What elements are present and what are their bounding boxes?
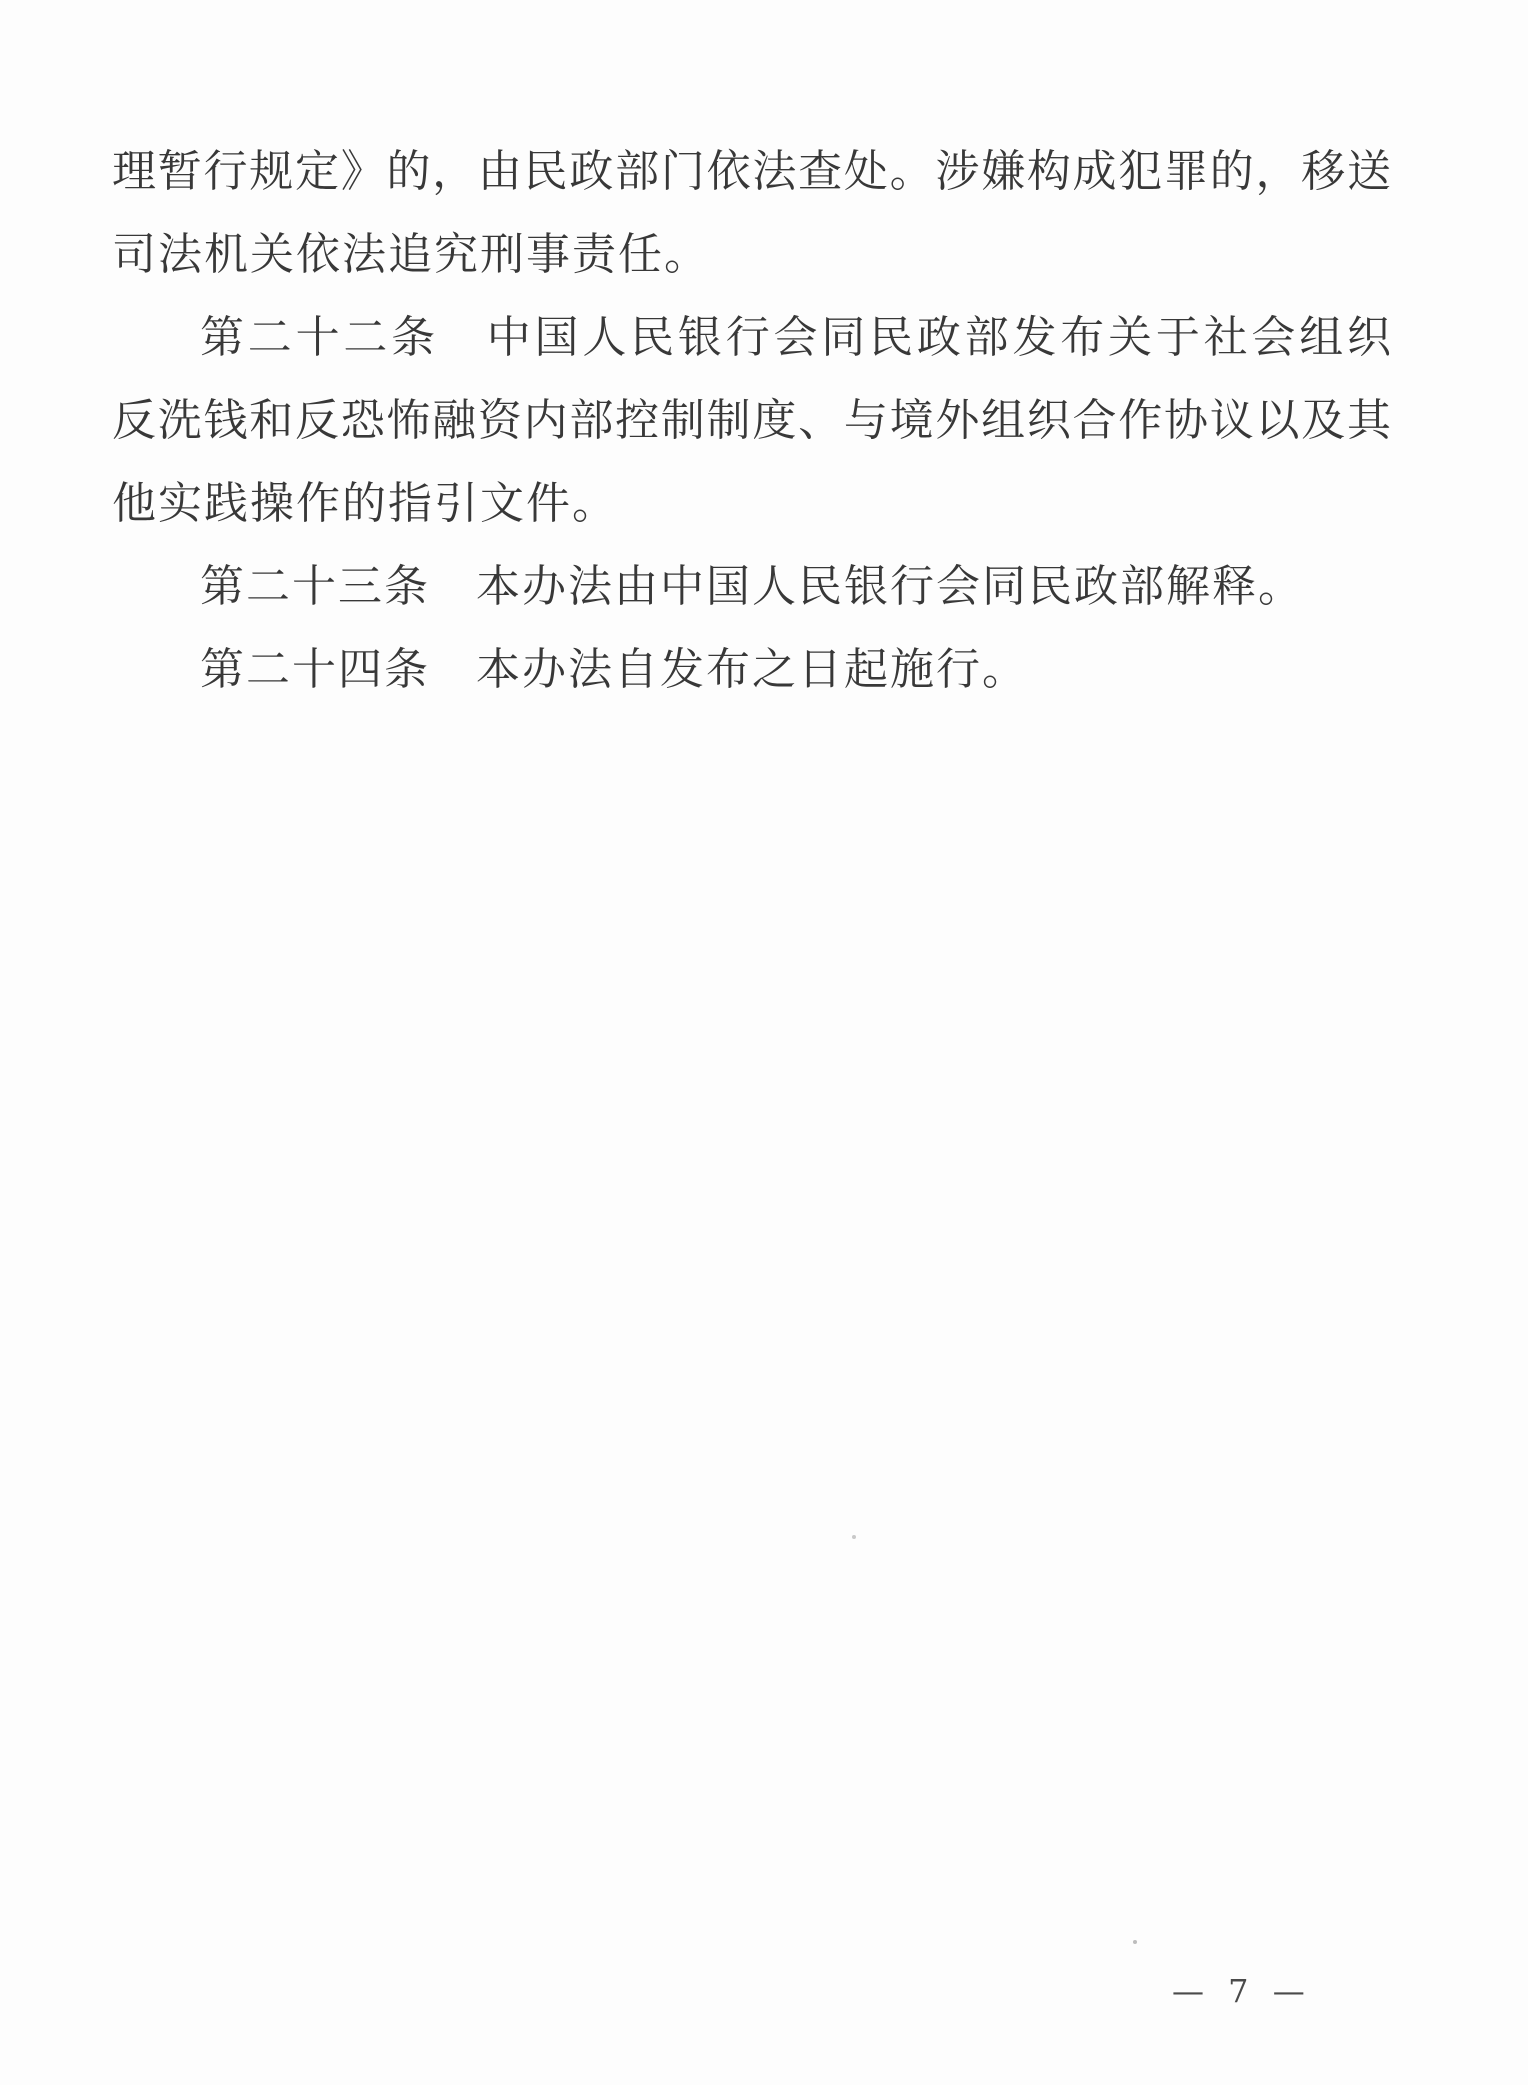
scan-speck — [1133, 1940, 1137, 1944]
paragraph-continuation: 理暂行规定》的，由民政部门依法查处。涉嫌构成犯罪的，移送 司法机关依法追究刑事责… — [112, 130, 1392, 296]
paragraph-article-23: 第二十三条 本办法由中国人民银行会同民政部解释。 — [112, 545, 1392, 628]
text-line: 第二十三条 本办法由中国人民银行会同民政部解释。 — [112, 545, 1392, 628]
scan-speck — [852, 1535, 856, 1539]
text-line: 第二十二条 中国人民银行会同民政部发布关于社会组织 — [112, 296, 1392, 379]
document-page: 理暂行规定》的，由民政部门依法查处。涉嫌构成犯罪的，移送 司法机关依法追究刑事责… — [0, 0, 1528, 2085]
text-line: 第二十四条 本办法自发布之日起施行。 — [112, 628, 1392, 711]
text-line: 反洗钱和反恐怖融资内部控制制度、与境外组织合作协议以及其 — [112, 379, 1392, 462]
paragraph-article-22: 第二十二条 中国人民银行会同民政部发布关于社会组织 反洗钱和反恐怖融资内部控制制… — [112, 296, 1392, 545]
paragraph-article-24: 第二十四条 本办法自发布之日起施行。 — [112, 628, 1392, 711]
text-line: 理暂行规定》的，由民政部门依法查处。涉嫌构成犯罪的，移送 — [112, 130, 1392, 213]
text-line: 他实践操作的指引文件。 — [112, 462, 1392, 545]
text-line: 司法机关依法追究刑事责任。 — [112, 213, 1392, 296]
document-body: 理暂行规定》的，由民政部门依法查处。涉嫌构成犯罪的，移送 司法机关依法追究刑事责… — [112, 130, 1392, 711]
page-number: — 7 — — [1172, 1972, 1312, 2010]
